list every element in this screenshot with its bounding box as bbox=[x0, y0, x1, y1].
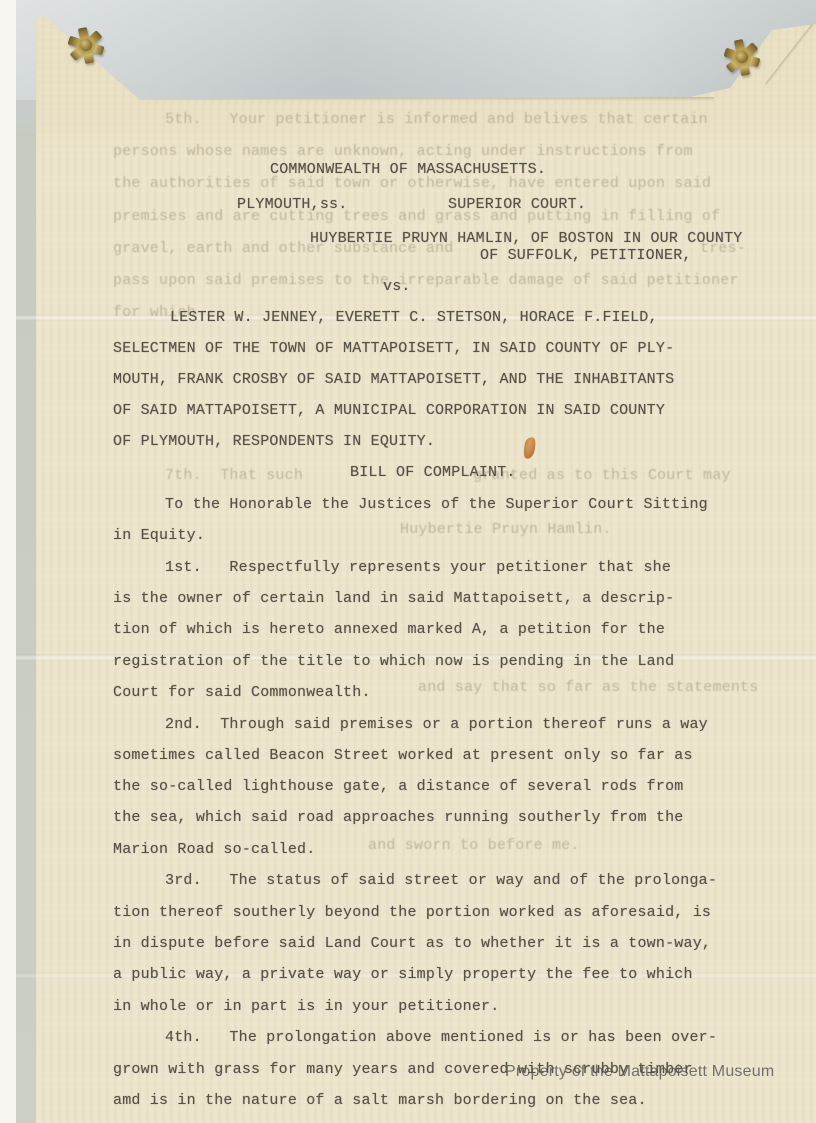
typed-line: MOUTH, FRANK CROSBY OF SAID MATTAPOISETT… bbox=[113, 370, 674, 390]
typed-line: PLYMOUTH,ss. bbox=[237, 195, 347, 215]
scanned-document-page: 5th. Your petitioner is informed and bel… bbox=[0, 0, 816, 1123]
typed-line: in Equity. bbox=[113, 526, 205, 546]
bleedthrough-line: Huybertie Pruyn Hamlin. bbox=[400, 520, 612, 540]
bleedthrough-line: and say that so far as the statements bbox=[418, 678, 758, 698]
brass-fastener-icon bbox=[720, 35, 764, 79]
typed-line: OF SUFFOLK, PETITIONER, bbox=[480, 246, 692, 266]
typed-line: in dispute before said Land Court as to … bbox=[113, 934, 711, 954]
typed-line: 3rd. The status of said street or way an… bbox=[165, 871, 717, 891]
bleedthrough-line: and sworn to before me. bbox=[368, 836, 580, 856]
brass-fastener-icon bbox=[64, 23, 108, 67]
typed-line: amd is in the nature of a salt marsh bor… bbox=[113, 1091, 647, 1111]
museum-watermark: Property of the Mattapoisett Museum bbox=[505, 1061, 774, 1083]
typed-line: OF SAID MATTAPOISETT, A MUNICIPAL CORPOR… bbox=[113, 401, 665, 421]
typed-line: is the owner of certain land in said Mat… bbox=[113, 589, 674, 609]
typed-line: Marion Road so-called. bbox=[113, 840, 315, 860]
bleedthrough-line: 7th. That such bbox=[165, 466, 303, 486]
typed-line: a public way, a private way or simply pr… bbox=[113, 965, 693, 985]
typed-line: tion of which is hereto annexed marked A… bbox=[113, 620, 665, 640]
typed-line: the so-called lighthouse gate, a distanc… bbox=[113, 777, 684, 797]
typed-line: SUPERIOR COURT. bbox=[448, 195, 586, 215]
bleedthrough-line: persons whose names are unknown, acting … bbox=[113, 142, 693, 162]
typed-line: the sea, which said road approaches runn… bbox=[113, 808, 684, 828]
typed-line: 4th. The prolongation above mentioned is… bbox=[165, 1028, 717, 1048]
typed-line: 1st. Respectfully represents your petiti… bbox=[165, 558, 671, 578]
typed-line: tion thereof southerly beyond the portio… bbox=[113, 903, 711, 923]
typed-line: SELECTMEN OF THE TOWN OF MATTAPOISETT, I… bbox=[113, 339, 674, 359]
typed-line: sometimes called Beacon Street worked at… bbox=[113, 746, 693, 766]
bleedthrough-line: 5th. Your petitioner is informed and bel… bbox=[165, 110, 708, 130]
typed-line: COMMONWEALTH OF MASSACHUSETTS. bbox=[270, 160, 546, 180]
typed-line: LESTER W. JENNEY, EVERETT C. STETSON, HO… bbox=[170, 308, 658, 328]
typed-line: To the Honorable the Justices of the Sup… bbox=[165, 495, 708, 515]
typed-line: Court for said Commonwealth. bbox=[113, 683, 371, 703]
backing-sheet-shading bbox=[16, 0, 816, 100]
typed-line: vs. bbox=[383, 277, 411, 297]
typed-line: OF PLYMOUTH, RESPONDENTS IN EQUITY. bbox=[113, 432, 435, 452]
typed-line: in whole or in part is in your petitione… bbox=[113, 997, 499, 1017]
bleedthrough-line: premises and are cutting trees and grass… bbox=[113, 207, 720, 227]
typed-line: registration of the title to which now i… bbox=[113, 652, 674, 672]
bleedthrough-line: pass upon said premises to the irreparab… bbox=[113, 271, 739, 291]
typed-line: 2nd. Through said premises or a portion … bbox=[165, 715, 708, 735]
typed-line: BILL OF COMPLAINT. bbox=[350, 463, 516, 483]
